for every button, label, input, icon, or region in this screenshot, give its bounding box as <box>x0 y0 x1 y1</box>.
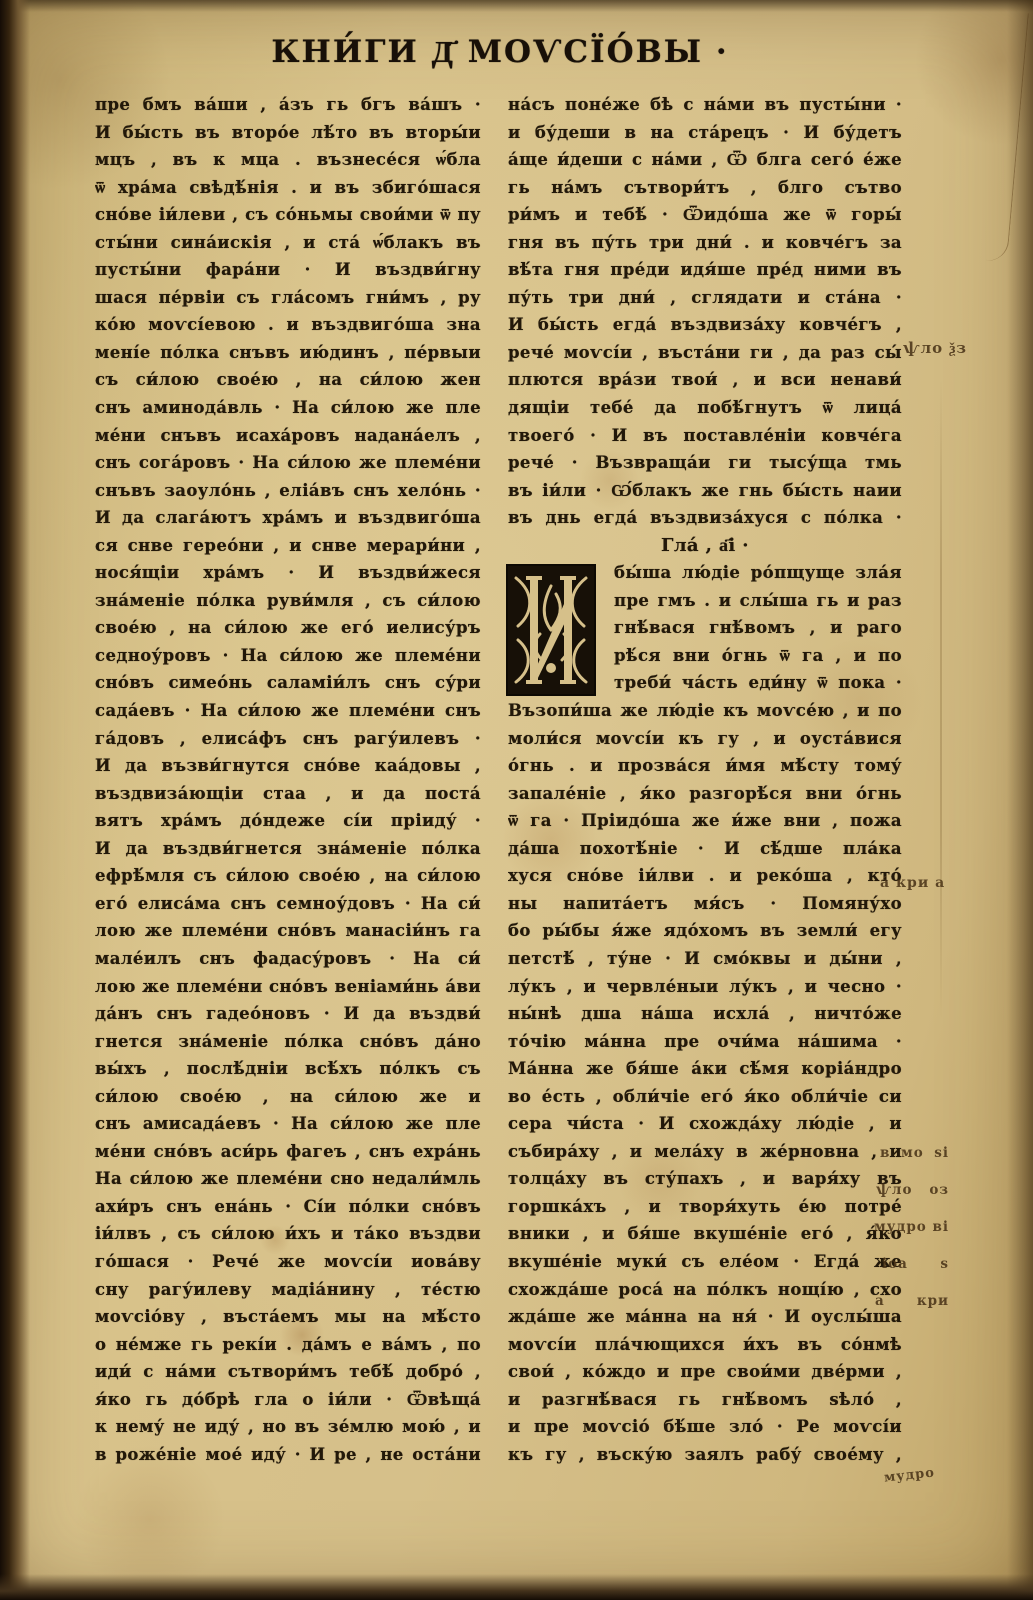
chapter-heading: Гла́ , а҃і · <box>508 532 902 560</box>
text-line: Възопи́ша же лю́діе къ моѵсе́ю , и по <box>508 697 902 725</box>
text-line: съ си́лою свое́ю , на си́лою жен наассо́… <box>95 366 481 394</box>
margin-note-line: іоа ѕ <box>882 1246 949 1283</box>
text-line: седноу́ровъ · На си́лою же племе́ни <box>95 642 481 670</box>
text-line: ся снве герео́ни , и снве мерари́ни , <box>95 532 481 560</box>
ornate-initial-woodcut <box>506 564 596 696</box>
text-line: вятъ хра́мъ до́ндеже сі́и пріиду́ · <box>95 807 481 835</box>
text-line: его́ елиса́ма снъ семноу́довъ · На си́ <box>95 890 481 918</box>
text-line: ри́мъ и тебѣ́ · Ѿидо́ша же ѿ горы́ <box>508 201 902 229</box>
margin-note-corinthians: а́ кри а <box>880 865 945 901</box>
text-line: толца́ху въ сту́пахъ , и варя́ху въ <box>508 1165 902 1193</box>
text-line: сада́евъ · На си́лою же племе́ни снъ <box>95 697 481 725</box>
text-line: мцъ , въ к мца . възнесе́ся ѡ́бла <box>95 146 481 174</box>
text-line: о́гнь . и прозва́ся и́мя мѣ́сту тому́ <box>508 752 902 780</box>
margin-note-line: в мо ѕі <box>880 1135 949 1172</box>
text-line: то́чію ма́нна пре очи́ма на́шима · <box>508 1028 902 1056</box>
text-line: вкуше́ніе муки́ съ еле́ом · Егда́ же <box>508 1248 902 1276</box>
text-line: гня въ пу́ть три дни́ . и ковче́гъ за <box>508 229 902 257</box>
text-line: да́нъ снъ гадео́новъ · И да въздви́ <box>95 1000 481 1028</box>
page-title: КНИ́ГИ Д҃ МОѴСЇО́ВЫ · <box>95 34 905 70</box>
text-line: вники , и бя́ше вкуше́ніе его́ , я́ко <box>508 1220 902 1248</box>
margin-note-psalm: ѱло ѯз <box>903 330 967 366</box>
text-line: сты́ни сина́искія , и ста́ ѡ́блакъ въ <box>95 229 481 257</box>
page-edge-bottom <box>0 1574 1033 1600</box>
text-line: На си́лою же племе́ни сно недали́мль , <box>95 1165 481 1193</box>
text-line: сно́ве іи́леви , съ со́ньмы свои́ми ѿ пу <box>95 201 481 229</box>
text-line: снъвъ заоуло́нь , еліа́въ снъ хело́нь · <box>95 477 481 505</box>
text-line: сера чи́ста · И схожда́ху лю́діе , и <box>508 1110 902 1138</box>
text-line: го́шася · Рече́ же моѵсі́и иова́ву <box>95 1248 481 1276</box>
text-line: на́съ поне́же бѣ с на́ми въ пусты́ни · <box>508 91 902 119</box>
text-line: твоего́ · И въ поставле́ніи ковче́га <box>508 422 902 450</box>
text-line: ѿ хра́ма свѣдѣ́нія . и въ збиго́шася <box>95 174 481 202</box>
text-line: въ іи́ли · Ѡ́блакъ же гнь бы́сть наии <box>508 477 902 505</box>
text-line: в роже́ніе мое́ иду́ · И ре , не оста́ни <box>95 1441 481 1469</box>
text-line: и разгнѣ́вася гь гнѣ́вомъ ѕѣло́ , <box>508 1386 902 1414</box>
text-line: ны напита́етъ мя́съ · Помяну́хо <box>508 890 902 918</box>
page-edge-right <box>1007 0 1033 1600</box>
text-line: а́ще и́деши с на́ми , Ѿ блга сего́ е́же <box>508 146 902 174</box>
page-edge-top <box>0 0 1033 12</box>
text-line: пре бмъ ва́ши , а́зъ гь бгъ ва́шъ · <box>95 91 481 119</box>
text-line: иди́ с на́ми сътвори́мъ тебѣ́ добро́ , <box>95 1358 481 1386</box>
text-line: іи́лвъ , съ си́лою и́хъ и та́ко въздви <box>95 1220 481 1248</box>
text-line: я́ко гь до́брѣ гла о іи́ли · Ѿвѣща́ <box>95 1386 481 1414</box>
text-line: га́довъ , елиса́фъ снъ рагу́илевъ · <box>95 725 481 753</box>
text-line: во е́сть , обли́чіе его́ я́ко обли́чіе с… <box>508 1083 902 1111</box>
text-line: мале́илъ снъ фадасу́ровъ · На си́ <box>95 945 481 973</box>
text-line: гь на́мъ сътвори́тъ , блго сътво <box>508 174 902 202</box>
text-line: и пре моѵсіо́ бѣ́ше зло́ · Ре моѵсі́и <box>508 1413 902 1441</box>
text-line: ѿ га · Пріидо́ша же и́же вни , пожа <box>508 807 902 835</box>
paper-crease-vertical <box>940 380 942 1020</box>
text-line: ахи́ръ снъ ена́нь · Сі́и по́лки сно́въ <box>95 1193 481 1221</box>
text-line: си́лою свое́ю , на си́лою же и ахіезе́ръ <box>95 1083 481 1111</box>
text-line: сно́въ симео́нь саламіи́лъ снъ су́ри <box>95 669 481 697</box>
text-line: моли́ся моѵсі́и къ гу , и оуста́вися <box>508 725 902 753</box>
text-line: свои́ , ко́ждо и пре свои́ми две́рми , <box>508 1358 902 1386</box>
text-line: снъ аминода́вль · На си́лою же пле <box>95 394 481 422</box>
text-line: И да възви́гнутся сно́ве каа́довы , <box>95 752 481 780</box>
text-line: нося́щіи хра́мъ · И въздви́жеся <box>95 559 481 587</box>
text-line: зна́меніе по́лка руви́мля , съ си́лою <box>95 587 481 615</box>
text-line: схожда́ше роса́ на по́лкъ нощі́ю , схо <box>508 1276 902 1304</box>
text-line: лу́къ , и червле́ныи лу́къ , и чесно · <box>508 973 902 1001</box>
text-line: И бы́сть въ второ́е лѣ́то въ вторы́и <box>95 119 481 147</box>
text-line: моѵсі́и пла́чющихся и́хъ въ со́нмѣ <box>508 1331 902 1359</box>
text-line: о не́мже гь рекі́и . да́мъ е ва́мъ , по <box>95 1331 481 1359</box>
text-line: жда́ше же ма́нна на ня́ · И оуслы́ша <box>508 1303 902 1331</box>
text-line: ны́нѣ дша на́ша исхла́ , ничто́же <box>508 1000 902 1028</box>
text-line: ко́ю моѵсі́евою . и въздвиго́ша зна <box>95 311 481 339</box>
text-line: лою же племе́ни сно́въ манасіи́нъ га <box>95 917 481 945</box>
text-line: вы́хъ , послѣ́дніи всѣ́хъ по́лкъ съ <box>95 1055 481 1083</box>
text-line: и бу́деши в на ста́рецъ · И бу́детъ <box>508 119 902 147</box>
left-text-column: пре бмъ ва́ши , а́зъ гь бгъ ва́шъ ·И бы́… <box>95 91 481 1468</box>
text-line: И бы́сть егда́ въздвиза́ху ковче́гъ , <box>508 311 902 339</box>
text-line: ефрѣ́мля съ си́лою свое́ю , на си́лою же <box>95 862 481 890</box>
text-line: въ днь егда́ въздвиза́хуся с по́лка · <box>508 504 902 532</box>
text-line: Ма́нна же бя́ше а́ки сѣ́мя коріа́ндро <box>508 1055 902 1083</box>
text-line: дящіи тебе́ да побѣ́гнутъ ѿ лица́ <box>508 394 902 422</box>
text-line: петстѣ́ , ту́не · И смо́квы и ды́ни , <box>508 945 902 973</box>
text-line: бо ры́бы я́же ядо́хомъ въ земли́ егу <box>508 917 902 945</box>
right-column-lower: Възопи́ша же лю́діе къ моѵсе́ю , и помол… <box>508 697 902 1468</box>
text-line: горшка́хъ , и творя́хуть е́ю потре́ <box>508 1193 902 1221</box>
margin-note-line: ѱло оз <box>876 1172 949 1209</box>
text-line: къ гу , въску́ю заялъ рабу́ свое́му , <box>508 1441 902 1469</box>
margin-note-bottom: мудро <box>882 1455 937 1496</box>
text-line: гнется зна́меніе по́лка сно́въ да́но <box>95 1028 481 1056</box>
text-line: И да въздви́гнется зна́меніе по́лка <box>95 835 481 863</box>
text-line: снъ сога́ровъ · На си́лою же племе́ни <box>95 449 481 477</box>
initial-paragraph: бы́ша лю́діе ро́пщуще зла́япре гмъ . и с… <box>508 559 902 697</box>
text-line: ме́ни сно́въ аси́рь фагеъ , снъ ехра́нь … <box>95 1138 481 1166</box>
text-line: ме́ни снъвъ исаха́ровъ надана́елъ , <box>95 422 481 450</box>
text-line: сну рагу́илеву мадіа́нину , те́стю <box>95 1276 481 1304</box>
margin-note-line: а кри <box>875 1283 949 1320</box>
text-line: мені́е по́лка снъвъ ию́динъ , пе́рвыи <box>95 339 481 367</box>
right-text-column: на́съ поне́же бѣ с на́ми въ пусты́ни ·и … <box>508 91 902 1468</box>
text-line: плются вра́зи твои́ , и вси ненави́ <box>508 366 902 394</box>
text-line: к нему́ не иду́ , но въ зе́млю мою́ , и <box>95 1413 481 1441</box>
text-line: рече́ · Възвраща́и ги тысу́ща тмь <box>508 449 902 477</box>
text-line: хуся сно́ве іи́лви . и реко́ша , кто́ <box>508 862 902 890</box>
text-line: запале́ніе , я́ко разгорѣ́ся вни о́гнь <box>508 780 902 808</box>
text-line: моѵсіо́ву , въста́емъ мы на мѣ́сто <box>95 1303 481 1331</box>
text-line: събира́ху , и мела́ху в же́рновна , и <box>508 1138 902 1166</box>
text-line: И да слага́ютъ хра́мъ и въздвиго́ша <box>95 504 481 532</box>
text-line: снъ амисада́евъ · На си́лою же пле <box>95 1110 481 1138</box>
manuscript-page: КНИ́ГИ Д҃ МОѴСЇО́ВЫ · пре бмъ ва́ши , а́… <box>0 0 1033 1600</box>
text-line: шася пе́рвіи съ гла́сомъ гни́мъ , ру <box>95 284 481 312</box>
text-line: въздвиза́ющіи стаа , и да поста́ <box>95 780 481 808</box>
text-line: вѣ́та гня пре́ди идя́ше пре́д ними въ <box>508 256 902 284</box>
text-line: лою же племе́ни сно́въ веніами́нь а́ви <box>95 973 481 1001</box>
binding-edge <box>0 0 30 1600</box>
margin-reference-block: в мо ѕіѱло озмудро вііоа ѕа кри <box>876 1135 949 1320</box>
margin-note-line: мудро ві <box>874 1209 949 1246</box>
text-line: пусты́ни фара́ни · И въздви́гну <box>95 256 481 284</box>
text-line: пу́ть три дни́ , сглядати и ста́на · <box>508 284 902 312</box>
right-column-upper: на́съ поне́же бѣ с на́ми въ пусты́ни ·и … <box>508 91 902 532</box>
text-line: свое́ю , на си́лою же его́ иелису́ръ снъ <box>95 614 481 642</box>
text-line: да́ша похотѣ́ніе · И сѣ́дше пла́ка <box>508 835 902 863</box>
text-line: рече́ моѵсі́и , въста́ни ги , да раз сы́ <box>508 339 902 367</box>
